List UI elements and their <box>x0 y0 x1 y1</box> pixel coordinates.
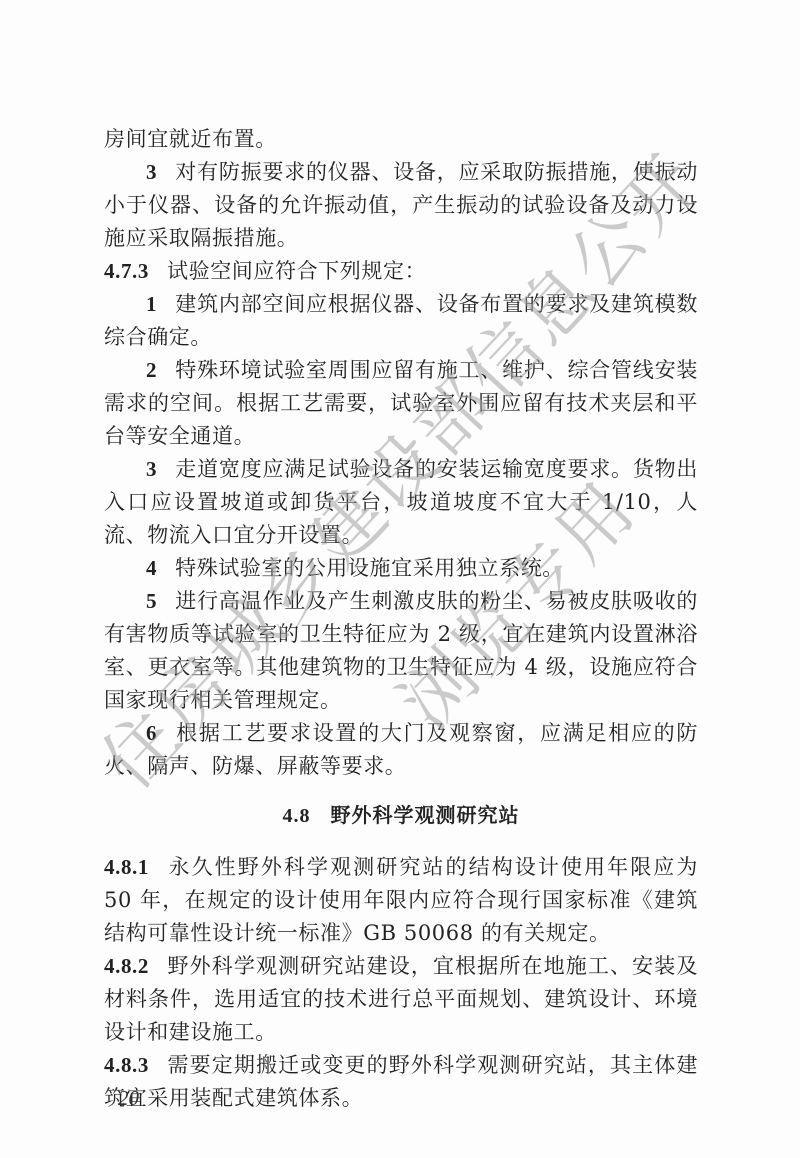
clause-text: 需要定期搬迁或变更的野外科学观测研究站，其主体建筑宜采用装配式建筑体系。 <box>104 1053 698 1110</box>
item-number: 6 <box>146 721 157 745</box>
item-text: 根据工艺要求设置的大门及观察窗，应满足相应的防火、隔声、防爆、屏蔽等要求。 <box>104 721 698 778</box>
clause-4-8-1: 4.8.1永久性野外科学观测研究站的结构设计使用年限应为 50 年，在规定的设计… <box>104 851 698 950</box>
item-text: 走道宽度应满足试验设备的安装运输宽度要求。货物出入口应设置坡道或卸货平台，坡道坡… <box>104 457 698 547</box>
clause-number: 4.8.1 <box>104 855 149 879</box>
item-number: 2 <box>146 358 157 382</box>
page-content: 房间宜就近布置。 3对有防振要求的仪器、设备，应采取防振措施，使振动小于仪器、设… <box>104 123 698 1115</box>
clause-4-8-3: 4.8.3需要定期搬迁或变更的野外科学观测研究站，其主体建筑宜采用装配式建筑体系… <box>104 1049 698 1115</box>
clause-text: 野外科学观测研究站建设，宜根据所在地施工、安装及材料条件，选用适宜的技术进行总平… <box>104 954 698 1044</box>
clause-text: 试验空间应符合下列规定： <box>167 259 426 283</box>
clause-4-7-3: 4.7.3试验空间应符合下列规定： <box>104 255 698 288</box>
list-item: 6根据工艺要求设置的大门及观察窗，应满足相应的防火、隔声、防爆、屏蔽等要求。 <box>104 717 698 783</box>
list-item: 3走道宽度应满足试验设备的安装运输宽度要求。货物出入口应设置坡道或卸货平台，坡道… <box>104 453 698 552</box>
section-title: 野外科学观测研究站 <box>331 803 520 827</box>
item-text: 特殊环境试验室周围应留有施工、维护、综合管线安装需求的空间。根据工艺需要，试验室… <box>104 358 698 448</box>
item-number: 3 <box>146 457 157 481</box>
item-number: 4 <box>146 556 157 580</box>
continuation-paragraph: 房间宜就近布置。 <box>104 123 698 156</box>
item-number: 1 <box>146 292 157 316</box>
item-number: 5 <box>146 589 157 613</box>
page-number: 20 <box>118 1086 139 1111</box>
list-item: 1建筑内部空间应根据仪器、设备布置的要求及建筑模数综合确定。 <box>104 288 698 354</box>
list-item: 5进行高温作业及产生刺激皮肤的粉尘、易被皮肤吸收的有害物质等试验室的卫生特征应为… <box>104 585 698 717</box>
item-number: 3 <box>146 160 157 184</box>
clause-number: 4.8.3 <box>104 1053 149 1077</box>
document-page: 房间宜就近布置。 3对有防振要求的仪器、设备，应采取防振措施，使振动小于仪器、设… <box>0 0 800 1158</box>
paragraph-text: 房间宜就近布置。 <box>104 127 277 151</box>
clause-4-8-2: 4.8.2野外科学观测研究站建设，宜根据所在地施工、安装及材料条件，选用适宜的技… <box>104 950 698 1049</box>
section-heading-4-8: 4.8野外科学观测研究站 <box>104 799 698 833</box>
list-item-4-7-2-3: 3对有防振要求的仪器、设备，应采取防振措施，使振动小于仪器、设备的允许振动值，产… <box>104 156 698 255</box>
clause-number: 4.7.3 <box>104 259 149 283</box>
item-text: 特殊试验室的公用设施宜采用独立系统。 <box>175 556 564 580</box>
clause-text: 永久性野外科学观测研究站的结构设计使用年限应为 50 年，在规定的设计使用年限内… <box>104 855 698 945</box>
list-item: 2特殊环境试验室周围应留有施工、维护、综合管线安装需求的空间。根据工艺需要，试验… <box>104 354 698 453</box>
list-item: 4特殊试验室的公用设施宜采用独立系统。 <box>104 552 698 585</box>
item-text: 建筑内部空间应根据仪器、设备布置的要求及建筑模数综合确定。 <box>104 292 698 349</box>
section-number: 4.8 <box>283 805 311 827</box>
item-text: 进行高温作业及产生刺激皮肤的粉尘、易被皮肤吸收的有害物质等试验室的卫生特征应为 … <box>104 589 698 712</box>
item-text: 对有防振要求的仪器、设备，应采取防振措施，使振动小于仪器、设备的允许振动值，产生… <box>104 160 698 250</box>
clause-number: 4.8.2 <box>104 954 149 978</box>
